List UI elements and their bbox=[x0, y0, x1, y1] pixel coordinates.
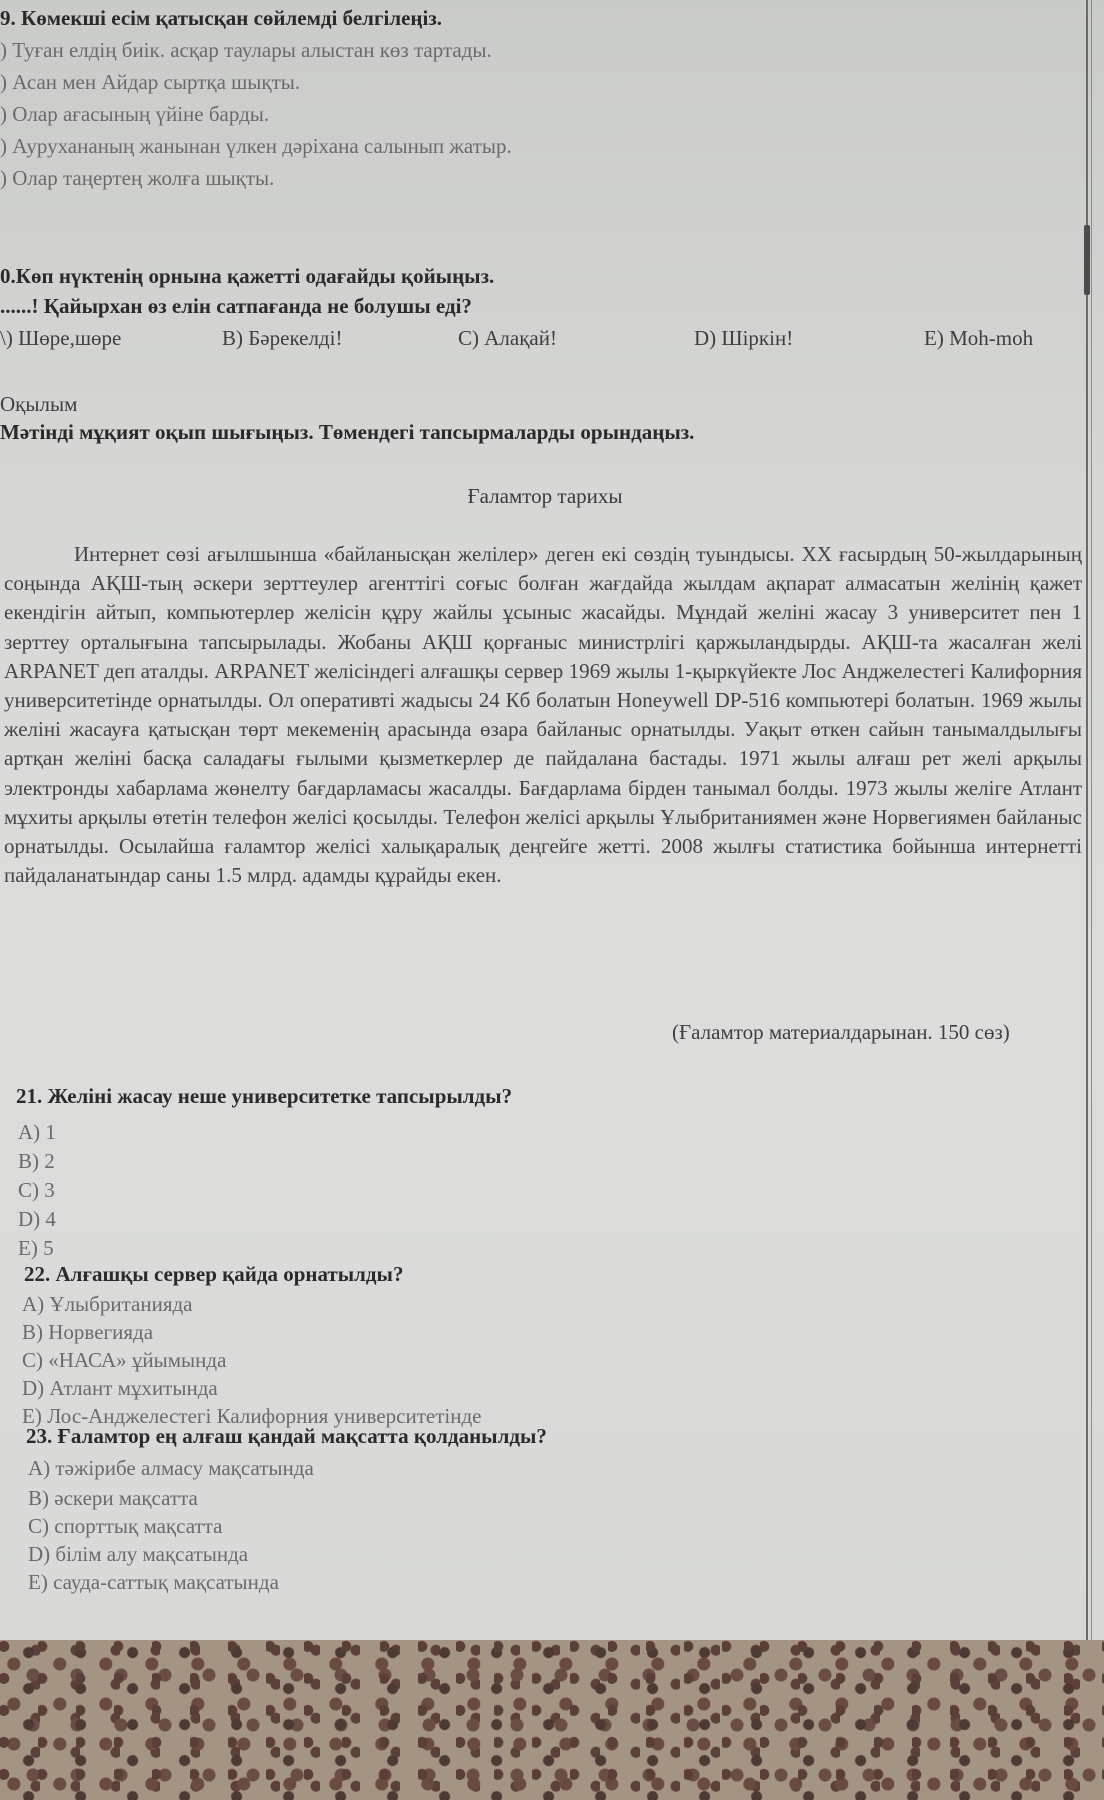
q23-option-c: C) спорттық мақсатта bbox=[28, 1514, 222, 1539]
q19-prompt: 9. Көмекші есім қатысқан сөйлемді белгіл… bbox=[0, 6, 442, 31]
text-title: Ғаламтор тарихы bbox=[0, 484, 1090, 509]
text-source: (Ғаламтор материалдарынан. 150 сөз) bbox=[672, 1020, 1010, 1045]
q19-option-b: ) Асан мен Айдар сыртқа шықты. bbox=[0, 70, 300, 95]
page-edge-mark bbox=[1084, 225, 1090, 295]
section-heading: Оқылым bbox=[0, 392, 77, 417]
q20-option-e: E) Moh-moh bbox=[924, 326, 1033, 351]
q19-option-e: ) Олар таңертең жолға шықты. bbox=[0, 166, 274, 191]
q23-prompt: 23. Ғаламтор ең алғаш қандай мақсатта қо… bbox=[26, 1424, 547, 1449]
q19-option-a: ) Туған елдің биік. асқар таулары алыста… bbox=[0, 38, 492, 63]
q23-option-a: A) тәжірибе алмасу мақсатында bbox=[28, 1456, 314, 1481]
q22-prompt: 22. Алғашқы сервер қайда орнатылды? bbox=[24, 1262, 403, 1287]
q21-prompt: 21. Желіні жасау неше университетке тапс… bbox=[16, 1084, 512, 1109]
q21-option-c: C) 3 bbox=[18, 1178, 55, 1203]
q22-option-d: D) Атлант мұхитында bbox=[22, 1376, 218, 1401]
q21-option-d: D) 4 bbox=[18, 1207, 56, 1232]
granite-surface bbox=[0, 1640, 1104, 1800]
q22-option-c: C) «НАСА» ұйымында bbox=[22, 1348, 226, 1373]
q20-option-d: D) Шіркін! bbox=[694, 326, 793, 351]
q20-sentence: ......! Қайырхан өз елін сатпағанда не б… bbox=[0, 294, 472, 319]
q23-option-e: E) сауда-саттық мақсатында bbox=[28, 1570, 279, 1595]
q19-option-d: ) Аурухананың жанынан үлкен дәріхана сал… bbox=[0, 134, 512, 159]
q21-option-b: B) 2 bbox=[18, 1149, 55, 1174]
q21-option-a: A) 1 bbox=[18, 1120, 56, 1145]
q21-option-e: E) 5 bbox=[18, 1236, 54, 1261]
reading-passage: Интернет сөзі ағылшынша «байланысқан жел… bbox=[4, 540, 1082, 890]
q20-option-b: B) Бәрекелді! bbox=[222, 326, 342, 351]
q22-option-b: B) Норвегияда bbox=[22, 1320, 153, 1345]
q20-prompt: 0.Көп нүктенің орнына қажетті одағайды қ… bbox=[0, 264, 494, 289]
q23-option-b: B) әскери мақсатта bbox=[28, 1486, 198, 1511]
section-instruction: Мәтінді мұқият оқып шығыңыз. Төмендегі т… bbox=[0, 420, 694, 445]
exam-paper: 9. Көмекші есім қатысқан сөйлемді белгіл… bbox=[0, 0, 1104, 1640]
q22-option-a: A) Ұлыбританияда bbox=[22, 1292, 192, 1317]
q20-option-a: \) Шөре,шөре bbox=[0, 326, 121, 351]
q23-option-d: D) білім алу мақсатында bbox=[28, 1542, 248, 1567]
page-edge-line-2 bbox=[1091, 0, 1092, 1640]
q20-option-c: C) Алақай! bbox=[458, 326, 557, 351]
q19-option-c: ) Олар ағасының үйіне барды. bbox=[0, 102, 269, 127]
